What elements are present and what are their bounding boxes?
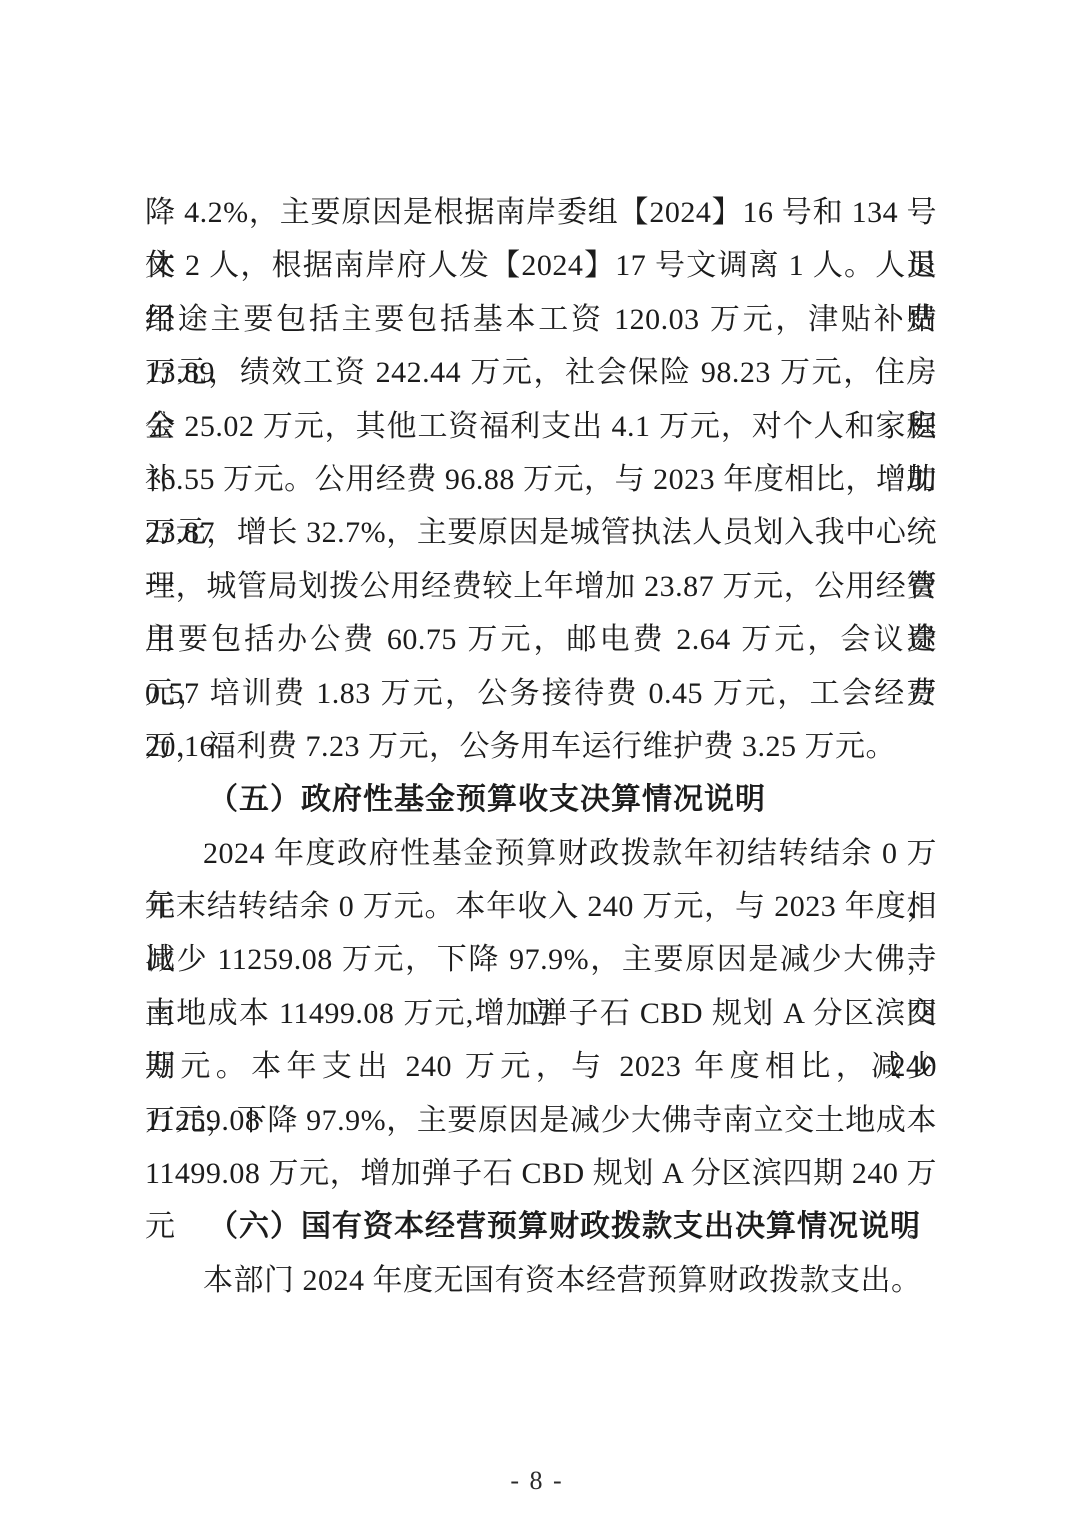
body-line: 主要包括办公费 60.75 万元，邮电费 2.64 万元，会议费 0.57 万	[145, 613, 937, 666]
body-line: 万元。本年支出 240 万元，与 2023 年度相比，减少 11259.08	[145, 1040, 937, 1093]
body-line: 年末结转结余 0 万元。本年收入 240 万元，与 2023 年度相比，	[145, 880, 937, 933]
body-line: 万元，增长 32.7%，主要原因是城管执法人员划入我中心统一管	[145, 506, 937, 559]
section-heading-5: （五）政府性基金预算收支决算情况说明	[145, 773, 937, 826]
body-line: 休 2 人，根据南岸府人发【2024】17 号文调离 1 人。人员经费	[145, 239, 937, 292]
section-heading-6: （六）国有资本经营预算财政拨款支出决算情况说明	[145, 1200, 937, 1253]
page-number: - 8 -	[0, 1466, 1074, 1496]
body-line: 万元，下降 97.9%，主要原因是减少大佛寺南立交土地成本	[145, 1094, 937, 1147]
body-line: 减少 11259.08 万元，下降 97.9%，主要原因是减少大佛寺南立交	[145, 933, 937, 986]
document-text-block: 降 4.2%，主要原因是根据南岸委组【2024】16 号和 134 号文退 休 …	[145, 186, 937, 1307]
body-line: 用途主要包括主要包括基本工资 120.03 万元，津贴补贴 13.89	[145, 293, 937, 346]
document-page: 降 4.2%，主要原因是根据南岸委组【2024】16 号和 134 号文退 休 …	[0, 0, 1074, 1520]
body-line: 金 25.02 万元，其他工资福利支出 4.1 万元，对个人和家庭补助	[145, 400, 937, 453]
body-line: 元，培训费 1.83 万元，公务接待费 0.45 万元，工会经费 20.16	[145, 667, 937, 720]
body-line: 土地成本 11499.08 万元,增加弹子石 CBD 规划 A 分区滨四期 24…	[145, 987, 937, 1040]
body-line-paragraph-end: 万，福利费 7.23 万元，公务用车运行维护费 3.25 万元。	[145, 720, 937, 773]
body-line: 理，城管局划拨公用经费较上年增加 23.87 万元，公用经费用途	[145, 560, 937, 613]
body-line: 16.55 万元。公用经费 96.88 万元，与 2023 年度相比，增加 23…	[145, 453, 937, 506]
body-line-paragraph-start: 2024 年度政府性基金预算财政拨款年初结转结余 0 万元，	[145, 827, 937, 880]
body-line: 万元，绩效工资 242.44 万元，社会保险 98.23 万元，住房公积	[145, 346, 937, 399]
body-line-paragraph-end: 11499.08 万元，增加弹子石 CBD 规划 A 分区滨四期 240 万元。	[145, 1147, 937, 1200]
body-line-paragraph: 本部门 2024 年度无国有资本经营预算财政拨款支出。	[145, 1254, 937, 1307]
body-line: 降 4.2%，主要原因是根据南岸委组【2024】16 号和 134 号文退	[145, 186, 937, 239]
